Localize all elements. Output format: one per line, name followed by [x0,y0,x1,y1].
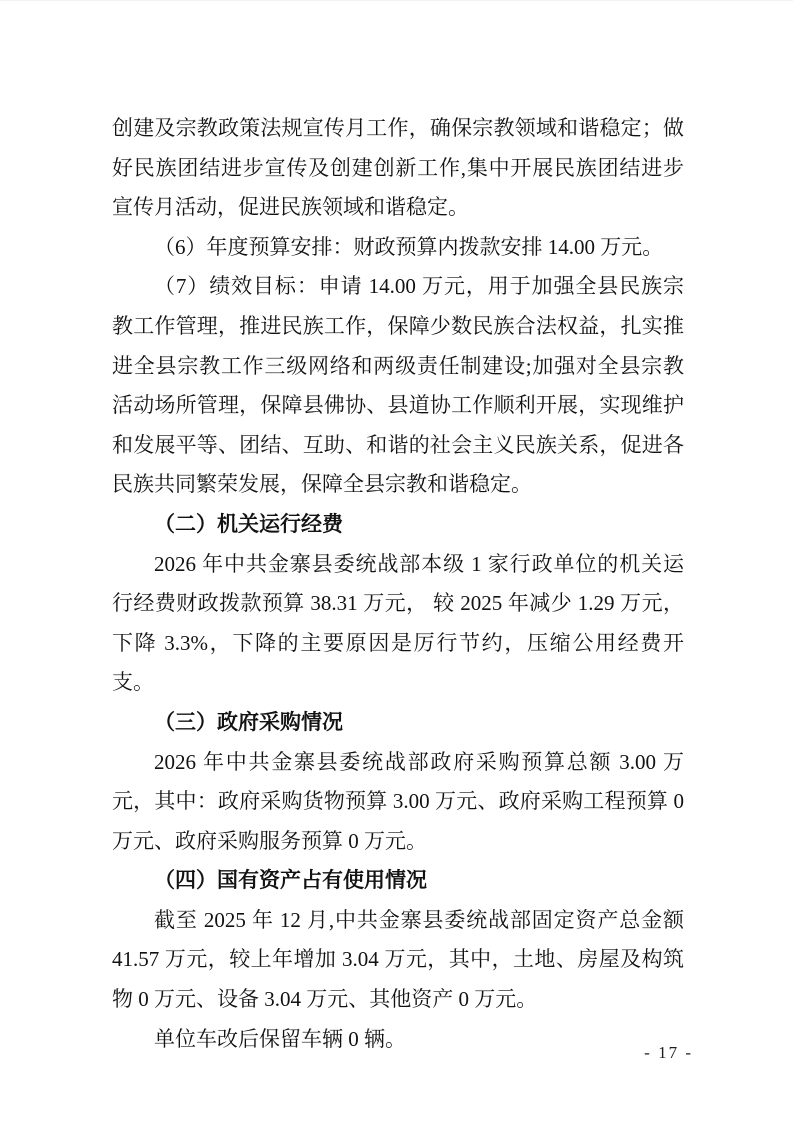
paragraph-vehicles-retained: 单位车改后保留车辆 0 辆。 [112,1020,684,1060]
paragraph-annual-budget-arrangement: （6）年度预算安排：财政预算内拨款安排 14.00 万元。 [112,228,684,268]
document-body: 创建及宗教政策法规宣传月工作，确保宗教领域和谐稳定；做好民族团结进步宣传及创建创… [112,109,684,1059]
paragraph-performance-goals: （7）绩效目标：申请 14.00 万元，用于加强全县民族宗教工作管理，推进民族工… [112,267,684,505]
paragraph-operating-expenses: 2026 年中共金寨县委统战部本级 1 家行政单位的机关运行经费财政拨款预算 3… [112,545,684,703]
section-heading-state-assets: （四）国有资产占有使用情况 [112,861,684,901]
document-page: 创建及宗教政策法规宣传月工作，确保宗教领域和谐稳定；做好民族团结进步宣传及创建创… [0,0,793,1122]
paragraph-state-assets: 截至 2025 年 12 月,中共金寨县委统战部固定资产总金额 41.57 万元… [112,901,684,1020]
section-heading-government-procurement: （三）政府采购情况 [112,703,684,743]
page-number: - 17 - [644,1042,693,1064]
paragraph-religion-policy: 创建及宗教政策法规宣传月工作，确保宗教领域和谐稳定；做好民族团结进步宣传及创建创… [112,109,684,228]
section-heading-operating-expenses: （二）机关运行经费 [112,505,684,545]
paragraph-government-procurement: 2026 年中共金寨县委统战部政府采购预算总额 3.00 万元，其中：政府采购货… [112,743,684,862]
